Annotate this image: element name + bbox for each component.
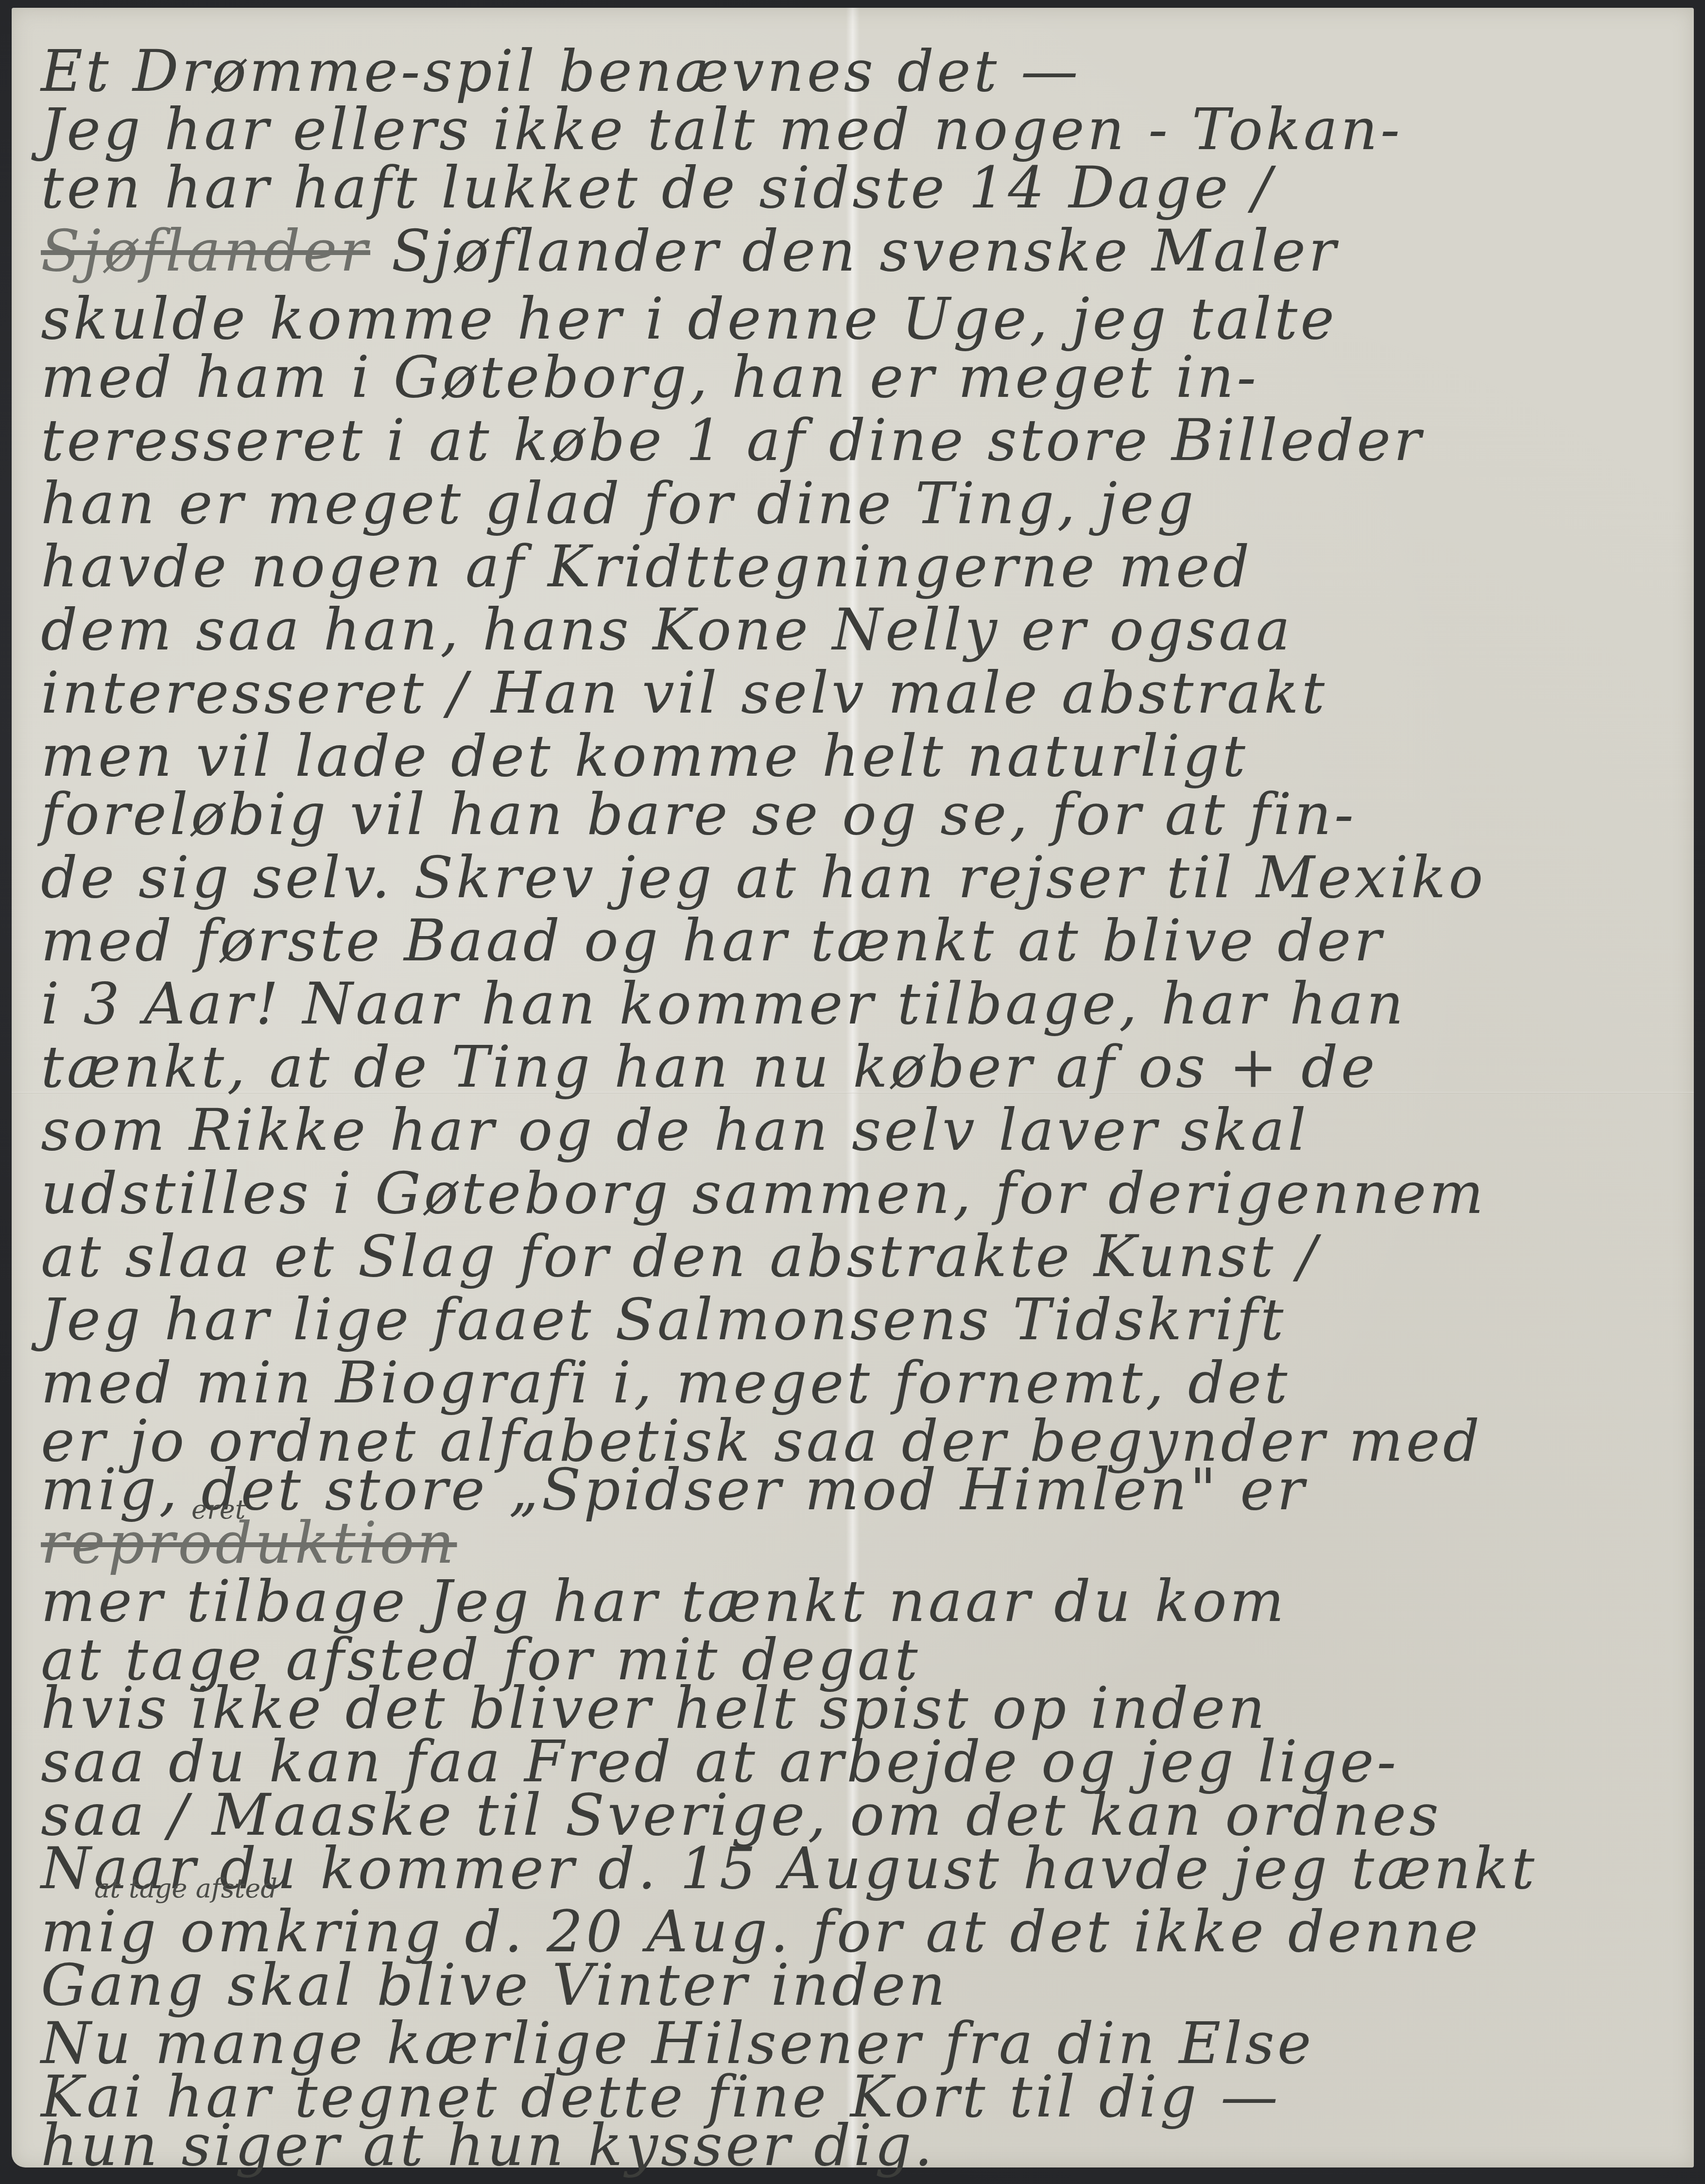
- letter-line: teresseret i at købe 1 af dine store Bil…: [41, 406, 1424, 474]
- letter-line: skulde komme her i denne Uge, jeg talte: [41, 285, 1337, 353]
- letter-line: Sjøflander Sjøflander den svenske Maler: [41, 217, 1339, 285]
- struck-word: Sjøflander: [41, 217, 370, 284]
- letter-line: interesseret / Han vil selv male abstrak…: [41, 659, 1327, 727]
- line-text: Sjøflander den svenske Maler: [392, 217, 1339, 284]
- letter-line: som Rikke har og de han selv laver skal: [41, 1096, 1309, 1164]
- letter-line: foreløbig vil han bare se og se, for at …: [41, 780, 1357, 848]
- letter-line: men vil lade det komme helt naturligt: [41, 722, 1248, 790]
- letter-line: hun siger at hun kysser dig.: [41, 2111, 935, 2179]
- letter-line: dem saa han, hans Kone Nelly er ogsaa: [41, 596, 1293, 664]
- letter-line: udstilles i Gøteborg sammen, for derigen…: [41, 1159, 1486, 1227]
- letter-line: reproduktion: [41, 1509, 457, 1577]
- letter-line: med ham i Gøteborg, han er meget in-: [41, 343, 1259, 411]
- letter-line: med første Baad og har tænkt at blive de…: [41, 906, 1384, 974]
- letter-line: Et Drømme-spil benævnes det —: [41, 37, 1081, 105]
- struck-word: reproduktion: [41, 1509, 457, 1576]
- letter-line: tænkt, at de Ting han nu køber af os + d…: [41, 1033, 1378, 1101]
- letter-line: de sig selv. Skrev jeg at han rejser til…: [41, 843, 1486, 911]
- letter-line: at slaa et Slag for den abstrakte Kunst …: [41, 1222, 1320, 1290]
- letter-line: han er meget glad for dine Ting, jeg: [41, 469, 1197, 537]
- letter-line: mer tilbage Jeg har tænkt naar du kom: [41, 1567, 1287, 1635]
- letter-line: Gang skal blive Vinter inden: [41, 1951, 948, 2019]
- letter-line: i 3 Aar! Naar han kommer tilbage, har ha…: [41, 970, 1406, 1038]
- letter-line: med min Biografi i, meget fornemt, det: [41, 1348, 1290, 1416]
- letter-sheet: Et Drømme-spil benævnes det — Jeg har el…: [12, 8, 1694, 2167]
- letter-line: Jeg har ellers ikke talt med nogen - Tok…: [41, 95, 1403, 163]
- letter-line: Jeg har lige faaet Salmonsens Tidskrift: [41, 1285, 1287, 1353]
- insertion-note: eret: [191, 1494, 245, 1525]
- letter-line: ten har haft lukket de sidste 14 Dage /: [41, 154, 1274, 222]
- letter-line: havde nogen af Kridttegningerne med: [41, 532, 1252, 600]
